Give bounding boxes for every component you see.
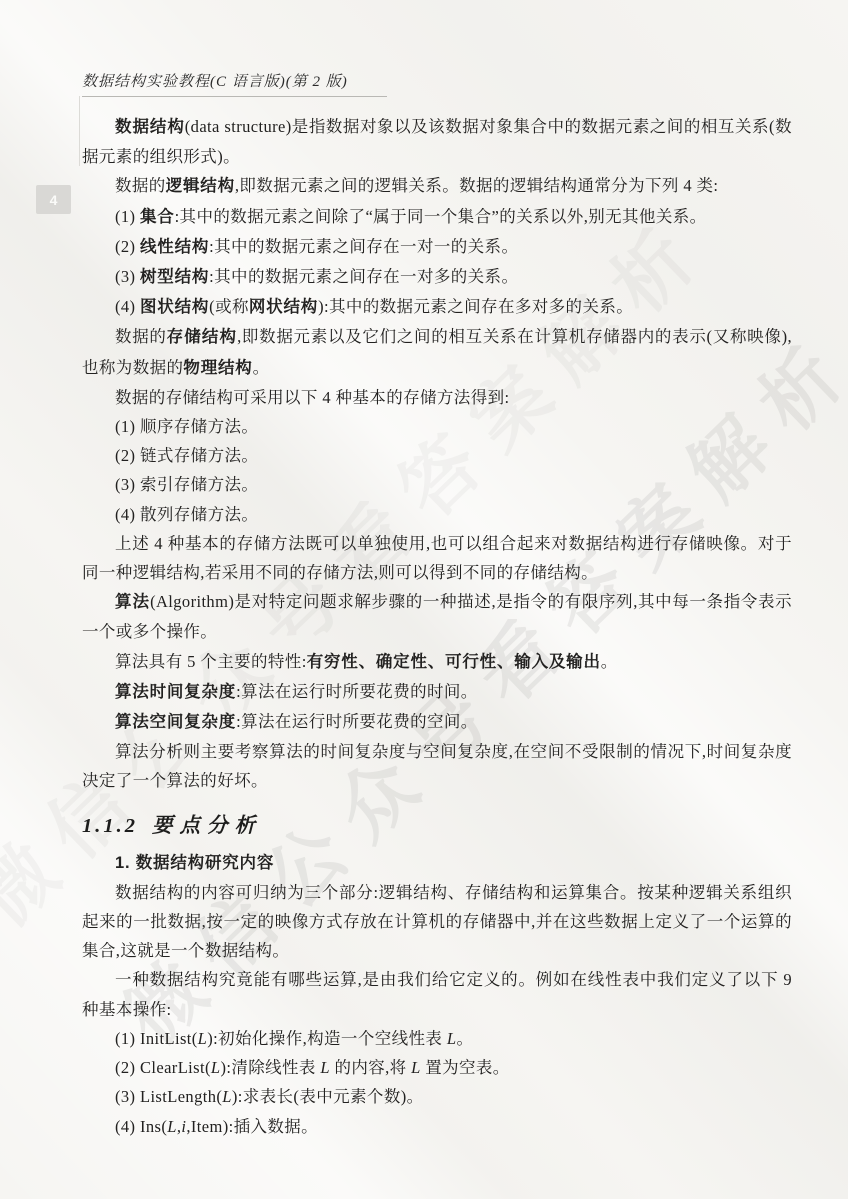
- list-item-clearlist: (2) ClearList(L):清除线性表 L 的内容,将 L 置为空表。: [82, 1053, 792, 1082]
- para-storage-methods-intro: 数据的存储结构可采用以下 4 种基本的存储方法得到:: [82, 383, 792, 412]
- para-time-complexity: 算法时间复杂度:算法在运行时所要花费的时间。: [82, 677, 792, 707]
- subheading-research-content: 1. 数据结构研究内容: [82, 848, 792, 878]
- section-heading-1-1-2: 1.1.2要点分析: [82, 811, 792, 841]
- para-space-complexity: 算法空间复杂度:算法在运行时所要花费的空间。: [82, 707, 792, 737]
- list-item-sequential-storage: (1) 顺序存储方法。: [82, 412, 792, 441]
- list-item-set-structure: (1) 集合:其中的数据元素之间除了“属于同一个集合”的关系以外,别无其他关系。: [82, 202, 792, 232]
- para-storage-structure: 数据的存储结构,即数据元素以及它们之间的相互关系在计算机存储器内的表示(又称映像…: [82, 322, 792, 382]
- list-item-listlength: (3) ListLength(L):求表长(表中元素个数)。: [82, 1082, 792, 1111]
- para-algorithm-analysis: 算法分析则主要考察算法的时间复杂度与空间复杂度,在空间不受限制的情况下,时间复杂…: [82, 737, 792, 795]
- section-title: 要点分析: [152, 815, 262, 837]
- para-three-parts: 数据结构的内容可归纳为三个部分:逻辑结构、存储结构和运算集合。按某种逻辑关系组织…: [82, 878, 792, 966]
- para-data-structure-definition: 数据结构(data structure)是指数据对象以及该数据对象集合中的数据元…: [82, 112, 792, 171]
- list-item-hash-storage: (4) 散列存储方法。: [82, 500, 792, 529]
- page-body: 数据结构(data structure)是指数据对象以及该数据对象集合中的数据元…: [82, 112, 792, 1141]
- para-algorithm-properties: 算法具有 5 个主要的特性:有穷性、确定性、可行性、输入及输出。: [82, 647, 792, 677]
- list-item-linear-structure: (2) 线性结构:其中的数据元素之间存在一对一的关系。: [82, 232, 792, 262]
- running-head: 数据结构实验教程(C 语言版)(第 2 版): [82, 70, 387, 97]
- para-logical-structure: 数据的逻辑结构,即数据元素之间的逻辑关系。数据的逻辑结构通常分为下列 4 类:: [82, 171, 792, 201]
- list-item-ins: (4) Ins(L,i,Item):插入数据。: [82, 1112, 792, 1141]
- page-number-tab: 4: [36, 185, 71, 214]
- list-item-tree-structure: (3) 树型结构:其中的数据元素之间存在一对多的关系。: [82, 262, 792, 292]
- para-operations-intro: 一种数据结构究竟能有哪些运算,是由我们给它定义的。例如在线性表中我们定义了以下 …: [82, 965, 792, 1023]
- scan-artifact-line: [79, 96, 80, 166]
- para-storage-combination: 上述 4 种基本的存储方法既可以单独使用,也可以组合起来对数据结构进行存储映像。…: [82, 529, 792, 587]
- section-number: 1.1.2: [82, 815, 138, 837]
- list-item-index-storage: (3) 索引存储方法。: [82, 470, 792, 499]
- list-item-linked-storage: (2) 链式存储方法。: [82, 441, 792, 470]
- book-page: 微信公众号看答案解析 微信公众号看答案解析 4 数据结构实验教程(C 语言版)(…: [0, 0, 848, 1199]
- para-algorithm-definition: 算法(Algorithm)是对特定问题求解步骤的一种描述,是指令的有限序列,其中…: [82, 587, 792, 646]
- list-item-initlist: (1) InitList(L):初始化操作,构造一个空线性表 L。: [82, 1024, 792, 1053]
- list-item-graph-structure: (4) 图状结构(或称网状结构):其中的数据元素之间存在多对多的关系。: [82, 292, 792, 322]
